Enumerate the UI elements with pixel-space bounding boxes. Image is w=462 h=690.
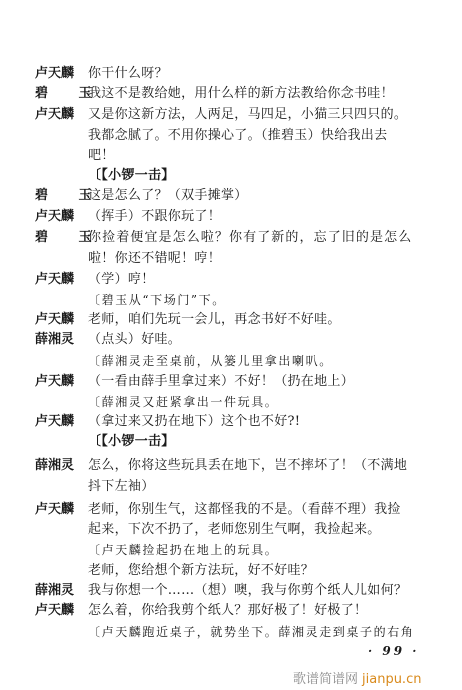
stage-cue: 〔【小锣一击】 [0, 432, 462, 452]
line-text: 又是你这新方法，人两足，马四足，小猫三只四只的。 [88, 105, 407, 125]
stage-direction: 〔卢天麟跑近桌子，就势坐下。薛湘灵走到桌子的右角 [0, 622, 462, 642]
dialogue-line: 碧 玉 我这不是教给她，用什么样的新方法教给你念书哇！ [0, 84, 462, 104]
stage-cue: 〔【小锣一击】 [0, 166, 462, 186]
dialogue-line: 卢天麟 你干什么呀？ [0, 64, 462, 84]
speaker-name: 卢天麟 [35, 64, 85, 84]
direction-text: 〔薛湘灵走至桌前，从篓儿里拿出喇叭。 [88, 351, 333, 371]
line-text: 老师，咱们先玩一会儿，再念书好不好哇。 [88, 310, 341, 330]
stage-direction: 〔碧玉从“下场门”下。 [0, 290, 462, 310]
stage-direction: 〔薛湘灵又赶紧拿出一件玩具。 [0, 392, 462, 412]
dialogue-line: 卢天麟 怎么着，你给我剪个纸人？那好极了！好极了！ [0, 601, 462, 621]
line-text: 起来，下次不扔了，老师您别生气啊，我捡起来。 [88, 520, 381, 540]
dialogue-line: 薛湘灵 （点头）好哇。 [0, 330, 462, 350]
dialogue-line: 薛湘灵 我与你想一个……（想）噢，我与你剪个纸人儿如何？ [0, 581, 462, 601]
cue-text: 〔【小锣一击】 [88, 166, 175, 186]
speaker-name: 碧 玉 [35, 228, 85, 248]
dialogue-line: 抖下左袖） [0, 477, 462, 497]
speaker-name: 卢天麟 [35, 500, 85, 520]
line-text: 我都念腻了。不用你操心了。（推碧玉）快给我出去 [88, 126, 387, 146]
line-text: 怎么，你将这些玩具丢在地下，岂不摔坏了！（不满地 [88, 456, 407, 476]
line-text: 老师，您给想个新方法玩，好不好哇？ [88, 561, 314, 581]
line-text: （学）哼！ [88, 270, 155, 290]
stage-direction: 〔卢天麟捡起扔在地上的玩具。 [0, 540, 462, 560]
direction-text: 〔薛湘灵又赶紧拿出一件玩具。 [88, 392, 278, 412]
dialogue-line: 我都念腻了。不用你操心了。（推碧玉）快给我出去 [0, 126, 462, 146]
line-text: 吧！ [88, 146, 115, 166]
line-text: （一看由薛手里拿过来）不好！（扔在地上） [88, 372, 354, 392]
line-text: （拿过来又扔在地下）这个也不好?! [88, 412, 300, 432]
speaker-name: 薛湘灵 [35, 330, 85, 350]
dialogue-line: 卢天麟 老师，你别生气，这都怪我的不是。（看薛不理）我捡 [0, 500, 462, 520]
dialogue-line: 卢天麟 （挥手）不跟你玩了！ [0, 207, 462, 227]
dialogue-line: 卢天麟 又是你这新方法，人两足，马四足，小猫三只四只的。 [0, 105, 462, 125]
dialogue-line: 碧 玉 你捡着便宜是怎么啦？你有了新的，忘了旧的是怎么 [0, 228, 462, 248]
line-text: 你捡着便宜是怎么啦？你有了新的，忘了旧的是怎么 [88, 228, 412, 248]
line-text: （点头）好哇。 [88, 330, 181, 350]
dialogue-line: 卢天麟 （一看由薛手里拿过来）不好！（扔在地上） [0, 372, 462, 392]
dialogue-line: 吧！ [0, 146, 462, 166]
watermark: 歌谱简谱网jianpu.cn [293, 668, 421, 687]
speaker-name: 碧 玉 [35, 84, 85, 104]
dialogue-line: 卢天麟 （学）哼！ [0, 270, 462, 290]
dialogue-line: 卢天麟 老师，咱们先玩一会儿，再念书好不好哇。 [0, 310, 462, 330]
speaker-name: 卢天麟 [35, 105, 85, 125]
speaker-name: 卢天麟 [35, 310, 85, 330]
dialogue-line: 啦！你还不错呢！哼！ [0, 249, 462, 269]
stage-direction: 〔薛湘灵走至桌前，从篓儿里拿出喇叭。 [0, 351, 462, 371]
line-text: 你干什么呀？ [88, 64, 168, 84]
direction-text: 〔碧玉从“下场门”下。 [88, 290, 226, 310]
line-text: （挥手）不跟你玩了！ [88, 207, 221, 227]
speaker-name: 卢天麟 [35, 372, 85, 392]
line-text: 啦！你还不错呢！哼！ [88, 249, 221, 269]
script-page: 卢天麟 你干什么呀？ 碧 玉 我这不是教给她，用什么样的新方法教给你念书哇！ 卢… [0, 0, 462, 690]
line-text: 我与你想一个……（想）噢，我与你剪个纸人儿如何？ [88, 581, 407, 601]
dialogue-line: 卢天麟 （拿过来又扔在地下）这个也不好?! [0, 412, 462, 432]
speaker-name: 薛湘灵 [35, 456, 85, 476]
speaker-name: 卢天麟 [35, 270, 85, 290]
watermark-url: jianpu.cn [362, 672, 421, 687]
speaker-name: 卢天麟 [35, 412, 85, 432]
line-text: 怎么着，你给我剪个纸人？那好极了！好极了！ [88, 601, 367, 621]
dialogue-line: 薛湘灵 怎么，你将这些玩具丢在地下，岂不摔坏了！（不满地 [0, 456, 462, 476]
speaker-name: 卢天麟 [35, 601, 85, 621]
speaker-name: 碧 玉 [35, 186, 85, 206]
line-text: 抖下左袖） [88, 477, 155, 497]
watermark-site-name: 歌谱简谱网 [293, 672, 358, 687]
line-text: 我这不是教给她，用什么样的新方法教给你念书哇！ [88, 84, 394, 104]
cue-text: 〔【小锣一击】 [88, 432, 175, 452]
line-text: 这是怎么了？（双手摊掌） [88, 186, 248, 206]
speaker-name: 薛湘灵 [35, 581, 85, 601]
direction-text: 〔卢天麟捡起扔在地上的玩具。 [88, 540, 278, 560]
direction-text: 〔卢天麟跑近桌子，就势坐下。薛湘灵走到桌子的右角 [88, 622, 414, 642]
dialogue-line: 老师，您给想个新方法玩，好不好哇？ [0, 561, 462, 581]
speaker-name: 卢天麟 [35, 207, 85, 227]
dialogue-line: 碧 玉 这是怎么了？（双手摊掌） [0, 186, 462, 206]
dialogue-line: 起来，下次不扔了，老师您别生气啊，我捡起来。 [0, 520, 462, 540]
page-number: · 99 · [368, 644, 419, 658]
line-text: 老师，你别生气，这都怪我的不是。（看薛不理）我捡 [88, 500, 401, 520]
